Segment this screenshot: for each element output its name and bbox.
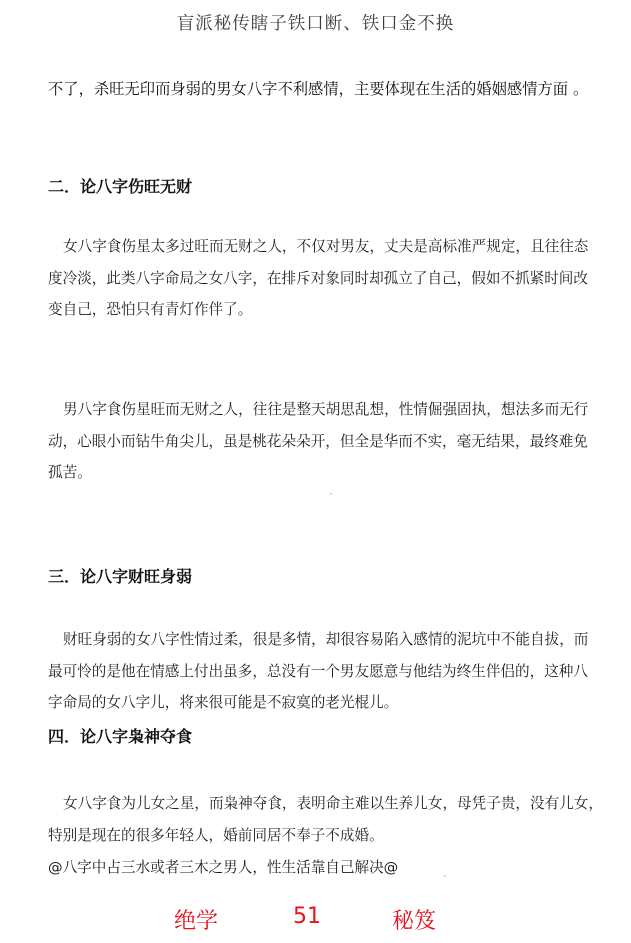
- page-footer: 绝学 51 秘笈: [0, 904, 631, 936]
- paragraph-line: 男八字食伤星旺而无财之人，往往是整天胡思乱想，性情倔强固执，想法多而无行: [48, 401, 588, 433]
- paragraph-line: 动，心眼小而钻牛角尖儿，虽是桃花朵朵开，但全是华而不实，毫无结果，最终难免: [48, 433, 588, 465]
- section-heading-2: 二．论八字伤旺无财: [48, 177, 192, 197]
- page-number: 51: [293, 904, 321, 929]
- paragraph-line: 变自己，恐怕只有青灯作伴了。: [48, 301, 588, 333]
- section-2-paragraph-2: 男八字食伤星旺而无财之人，往往是整天胡思乱想，性情倔强固执，想法多而无行 动，心…: [48, 401, 588, 496]
- intro-text: 不了，杀旺无印而身弱的男女八字不利感情，主要体现在生活的婚姻感情方面 。: [48, 80, 588, 98]
- section-2-paragraph-1: 女八字食伤星太多过旺而无财之人，不仅对男友，丈夫是高标准严规定，且往往态 度冷淡…: [48, 238, 588, 333]
- page-header-title: 盲派秘传瞎子铁口断、铁口金不换: [0, 10, 631, 35]
- note-text: @八字中占三水或者三木之男人，性生活靠自己解决@: [48, 859, 398, 877]
- paragraph-line: 财旺身弱的女八字性情过柔，很是多情，却很容易陷入感情的泥坑中不能自拔，而: [48, 631, 588, 663]
- section-4-paragraph-1: 女八字食为儿女之星，而枭神夺食，表明命主难以生养儿女，母凭子贵，没有儿女， 特别…: [48, 795, 588, 858]
- paragraph-line: 女八字食伤星太多过旺而无财之人，不仅对男友，丈夫是高标准严规定，且往往态: [48, 238, 588, 270]
- paragraph-line: 度冷淡，此类八字命局之女八字，在排斥对象同时却孤立了自己，假如不抓紧时间改: [48, 270, 588, 302]
- footer-right-label: 秘笈: [392, 904, 436, 935]
- paragraph-line: 特别是现在的很多年轻人，婚前同居不奉子不成婚。: [48, 827, 588, 859]
- section-3-paragraph-1: 财旺身弱的女八字性情过柔，很是多情，却很容易陷入感情的泥坑中不能自拔，而 最可怜…: [48, 631, 588, 726]
- paragraph-line: 字命局的女八字儿，将来很可能是不寂寞的老光棍儿。: [48, 694, 588, 726]
- footer-left-label: 绝学: [174, 904, 218, 935]
- paragraph-line: 最可怜的是他在情感上付出虽多，总没有一个男友愿意与他结为终生伴侣的，这种八: [48, 663, 588, 695]
- paragraph-line: 孤苦。: [48, 464, 588, 496]
- scan-speck: [330, 493, 332, 495]
- section-heading-3: 三．论八字财旺身弱: [48, 567, 192, 587]
- scan-speck: [444, 875, 446, 877]
- section-heading-4: 四．论八字枭神夺食: [48, 727, 192, 747]
- paragraph-line: 女八字食为儿女之星，而枭神夺食，表明命主难以生养儿女，母凭子贵，没有儿女，: [48, 795, 588, 827]
